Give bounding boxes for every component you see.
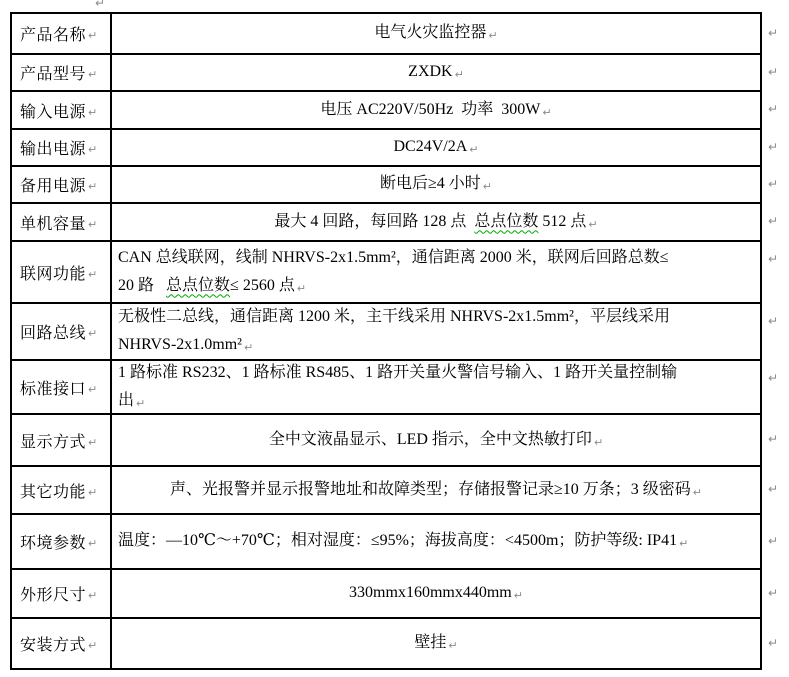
table-row: 环境参数↵ 温度：—10℃～+70℃；相对湿度：≤95%；海拔高度：<4500m… [12, 515, 760, 570]
row-label: 单机容量↵ [12, 204, 112, 240]
table-row: 其它功能↵ 声、光报警并显示报警地址和故障类型；存储报警记录≥10 万条；3 级… [12, 467, 760, 515]
row-label: 显示方式↵ [12, 415, 112, 465]
row-label: 产品名称↵ [12, 14, 112, 53]
table-row: 联网功能↵ CAN 总线联网，线制 NHRVS-2x1.5mm²，通信距离 20… [12, 242, 760, 304]
table-row: 外形尺寸↵ 330mmx160mmx440mm↵ ↵ [12, 570, 760, 619]
row-label-text: 输入电源 [20, 99, 86, 122]
row-end-mark-icon: ↵ [768, 432, 778, 446]
cell-text: 全中文液晶显示、LED 指示，全中文热敏打印 [269, 431, 592, 448]
row-content: 壁挂↵ [112, 619, 760, 668]
row-label-text: 产品名称 [20, 22, 86, 45]
row-content: 声、光报警并显示报警地址和故障类型；存储报警记录≥10 万条；3 级密码↵ [112, 467, 760, 513]
cell-text: 电气火灾监控器 [374, 24, 486, 41]
paragraph-mark-icon: ↵ [594, 436, 603, 449]
paragraph-mark-icon: ↵ [455, 68, 464, 81]
cell-text: 最大 4 回路，每回路 128 点 总点位数 512 点 [274, 213, 586, 230]
row-label-text: 标准接口 [20, 376, 86, 399]
row-label-text: 联网功能 [20, 261, 86, 284]
row-content: 全中文液晶显示、LED 指示，全中文热敏打印↵ [112, 415, 760, 465]
paragraph-mark-icon: ↵ [88, 589, 98, 602]
row-label-text: 备用电源 [20, 173, 86, 196]
row-end-mark-icon: ↵ [768, 314, 778, 328]
cell-text: CAN 总线联网，线制 NHRVS-2x1.5mm²，通信距离 2000 米，联… [118, 249, 669, 266]
cell-text: 电压 AC220V/50Hz 功率 300W [320, 101, 540, 118]
cell-text: 1 路标准 RS232、1 路标准 RS485、1 路开关量火警信号输入、1 路… [118, 364, 677, 381]
table-row: 输入电源↵ 电压 AC220V/50Hz 功率 300W↵ ↵ [12, 92, 760, 130]
row-end-mark-icon: ↵ [768, 214, 778, 228]
product-spec-table: 产品名称↵ 电气火灾监控器↵ ↵ 产品型号↵ ZXDK↵ ↵ 输入电源↵ 电压 … [10, 12, 762, 670]
cell-text: DC24V/2A [394, 138, 468, 155]
table-row: 单机容量↵ 最大 4 回路，每回路 128 点 总点位数 512 点↵ ↵ [12, 204, 760, 242]
cell-text: NHRVS-2x1.0mm² [118, 336, 242, 353]
paragraph-mark-icon: ↵ [88, 537, 98, 550]
spell-check-underlined-text: 总点位数 [166, 277, 230, 294]
row-label: 备用电源↵ [12, 167, 112, 202]
table-row: 显示方式↵ 全中文液晶显示、LED 指示，全中文热敏打印↵ ↵ [12, 415, 760, 467]
spell-check-underlined-text: 总点位数 [474, 213, 538, 230]
row-label: 输出电源↵ [12, 130, 112, 165]
paragraph-mark-icon: ↵ [483, 180, 492, 193]
cell-text: 温度：—10℃～+70℃；相对湿度：≤95%；海拔高度：<4500m；防护等级:… [118, 532, 677, 549]
paragraph-mark-icon: ↵ [88, 143, 98, 156]
cell-text: 330mmx160mmx440mm [349, 584, 512, 601]
row-label-text: 外形尺寸 [20, 582, 86, 605]
table-row: 安装方式↵ 壁挂↵ ↵ [12, 619, 760, 668]
row-label-text: 显示方式 [20, 429, 86, 452]
row-end-mark-icon: ↵ [768, 534, 778, 548]
cell-text: 声、光报警并显示报警地址和故障类型；存储报警记录≥10 万条；3 级密码 [170, 481, 691, 498]
row-content: 断电后≥4 小时↵ [112, 167, 760, 202]
row-label-text: 其它功能 [20, 479, 86, 502]
row-label-text: 环境参数 [20, 530, 86, 553]
row-content: 330mmx160mmx440mm↵ [112, 570, 760, 617]
cell-text: 20 路 总点位数≤ 2560 点 [118, 277, 295, 294]
paragraph-mark-icon: ↵ [693, 486, 702, 499]
row-label: 外形尺寸↵ [12, 570, 112, 617]
paragraph-mark-icon: ↵ [136, 397, 145, 410]
row-label-text: 安装方式 [20, 632, 86, 655]
row-content: ZXDK↵ [112, 55, 760, 90]
paragraph-mark-icon: ↵ [297, 282, 306, 295]
paragraph-mark-icon: ↵ [244, 341, 253, 354]
row-end-mark-icon: ↵ [768, 177, 778, 191]
row-end-mark-icon: ↵ [768, 371, 778, 385]
table-row: 产品名称↵ 电气火灾监控器↵ ↵ [12, 14, 760, 55]
row-end-mark-icon: ↵ [768, 140, 778, 154]
paragraph-mark-icon: ↵ [88, 68, 98, 81]
paragraph-mark-icon: ↵ [88, 29, 98, 42]
row-label: 环境参数↵ [12, 515, 112, 568]
row-end-mark-icon: ↵ [768, 636, 778, 650]
paragraph-mark-icon: ↵ [469, 143, 478, 156]
paragraph-mark-icon: ↵ [679, 537, 688, 550]
row-label: 其它功能↵ [12, 467, 112, 513]
row-label-text: 产品型号 [20, 61, 86, 84]
paragraph-mark-icon: ↵ [588, 218, 597, 231]
row-content: 最大 4 回路，每回路 128 点 总点位数 512 点↵ [112, 204, 760, 240]
row-label: 标准接口↵ [12, 361, 112, 413]
row-end-mark-icon: ↵ [768, 252, 778, 266]
paragraph-mark-icon: ↵ [488, 29, 497, 42]
cell-text: ZXDK [408, 63, 452, 80]
paragraph-mark-icon: ↵ [88, 639, 98, 652]
cell-text: 无极性二总线，通信距离 1200 米，主干线采用 NHRVS-2x1.5mm²，… [118, 308, 670, 325]
row-end-mark-icon: ↵ [768, 586, 778, 600]
table-row: 产品型号↵ ZXDK↵ ↵ [12, 55, 760, 92]
paragraph-mark-icon: ↵ [88, 106, 98, 119]
paragraph-mark-icon: ↵ [88, 327, 98, 340]
table-row: 输出电源↵ DC24V/2A↵ ↵ [12, 130, 760, 167]
row-content: 电压 AC220V/50Hz 功率 300W↵ [112, 92, 760, 128]
paragraph-mark-icon: ↵ [88, 218, 98, 231]
row-label-text: 回路总线 [20, 320, 86, 343]
paragraph-mark-icon: ↵ [88, 486, 98, 499]
row-label: 安装方式↵ [12, 619, 112, 668]
row-end-mark-icon: ↵ [768, 26, 778, 40]
row-content: 温度：—10℃～+70℃；相对湿度：≤95%；海拔高度：<4500m；防护等级:… [112, 515, 760, 568]
row-label-text: 输出电源 [20, 136, 86, 159]
table-row: 回路总线↵ 无极性二总线，通信距离 1200 米，主干线采用 NHRVS-2x1… [12, 304, 760, 361]
row-end-mark-icon: ↵ [768, 65, 778, 79]
row-label: 产品型号↵ [12, 55, 112, 90]
row-content: DC24V/2A↵ [112, 130, 760, 165]
paragraph-mark-icon: ↵ [88, 180, 98, 193]
paragraph-mark-icon: ↵ [88, 436, 98, 449]
cell-text: 断电后≥4 小时 [380, 175, 481, 192]
row-label-text: 单机容量 [20, 211, 86, 234]
row-label: 联网功能↵ [12, 242, 112, 302]
cell-text: 壁挂 [414, 634, 446, 651]
row-content: 无极性二总线，通信距离 1200 米，主干线采用 NHRVS-2x1.5mm²，… [112, 304, 760, 359]
paragraph-mark-icon: ↵ [448, 639, 457, 652]
paragraph-mark-icon: ↵ [542, 106, 551, 119]
page-paragraph-mark-icon: ↵ [95, 0, 105, 10]
row-content: 电气火灾监控器↵ [112, 14, 760, 53]
paragraph-mark-icon: ↵ [88, 383, 98, 396]
row-label: 输入电源↵ [12, 92, 112, 128]
row-content: CAN 总线联网，线制 NHRVS-2x1.5mm²，通信距离 2000 米，联… [112, 242, 760, 302]
cell-text: 出 [118, 392, 134, 409]
table-row: 标准接口↵ 1 路标准 RS232、1 路标准 RS485、1 路开关量火警信号… [12, 361, 760, 415]
paragraph-mark-icon: ↵ [514, 589, 523, 602]
row-end-mark-icon: ↵ [768, 102, 778, 116]
row-end-mark-icon: ↵ [768, 482, 778, 496]
row-label: 回路总线↵ [12, 304, 112, 359]
table-row: 备用电源↵ 断电后≥4 小时↵ ↵ [12, 167, 760, 204]
row-content: 1 路标准 RS232、1 路标准 RS485、1 路开关量火警信号输入、1 路… [112, 361, 760, 413]
paragraph-mark-icon: ↵ [88, 268, 98, 281]
